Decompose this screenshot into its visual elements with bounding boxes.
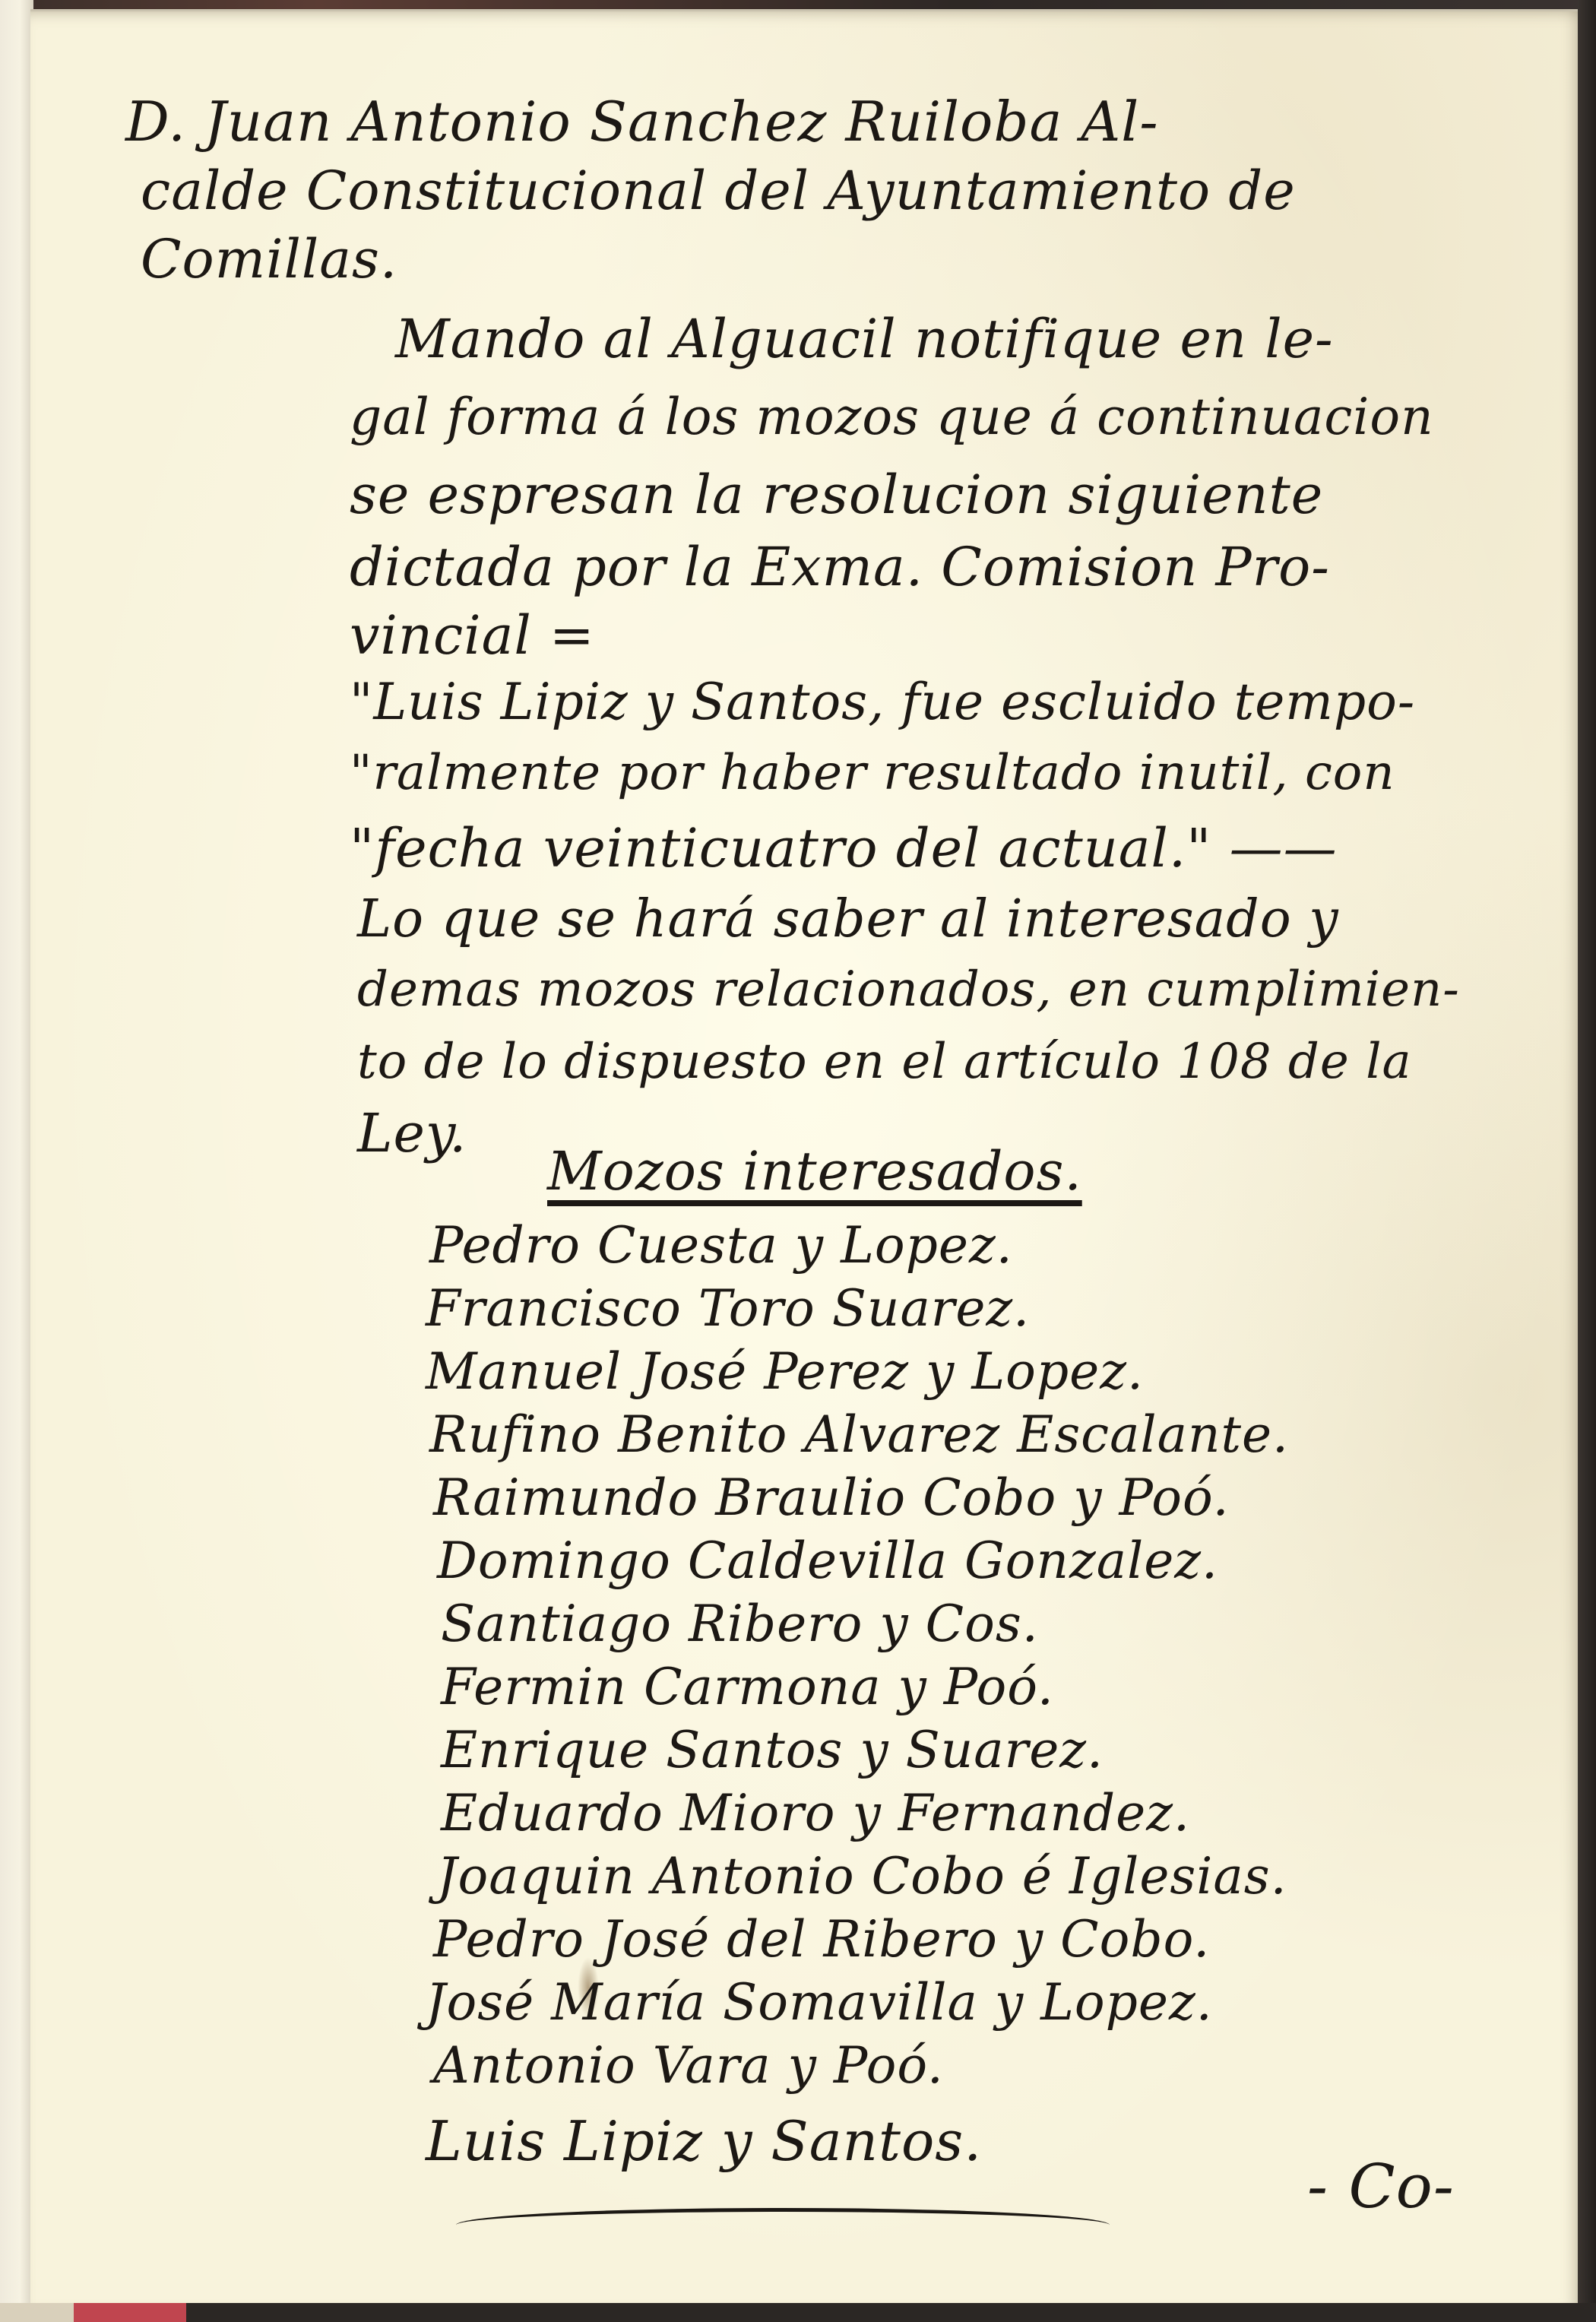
order-line-4: dictada por la Exma. Comision Pro- <box>350 536 1330 598</box>
name-item: Eduardo Mioro y Fernandez. <box>441 1784 1190 1842</box>
closing-line-2: demas mozos relacionados, en cumplimien- <box>357 961 1460 1018</box>
list-heading: Mozos interesados. <box>547 1140 1082 1202</box>
order-line-1: Mando al Alguacil notifique en le- <box>395 308 1334 370</box>
name-item: José María Somavilla y Lopez. <box>426 1973 1213 2032</box>
name-item: Raimundo Braulio Cobo y Poó. <box>433 1468 1230 1527</box>
page-gutter <box>0 0 33 2303</box>
binding-bottom-edge <box>0 2303 1596 2322</box>
resolution-line-1: "Luis Lipiz y Santos, fue escluido tempo… <box>350 673 1415 731</box>
resolution-line-3: "fecha veinticuatro del actual." —— <box>350 817 1338 879</box>
name-item: Joaquin Antonio Cobo é Iglesias. <box>437 1847 1287 1905</box>
order-line-2: gal forma á los mozos que á continuacion <box>350 388 1434 446</box>
name-item: Santiago Ribero y Cos. <box>441 1595 1039 1653</box>
header-line-2: calde Constitucional del Ayuntamiento de <box>141 160 1296 222</box>
catchword: - Co- <box>1307 2151 1455 2222</box>
name-item: Antonio Vara y Poó. <box>433 2036 944 2095</box>
binding-right-edge <box>1578 0 1596 2322</box>
signature-flourish <box>456 2208 1110 2242</box>
name-item: Manuel José Perez y Lopez. <box>426 1342 1144 1401</box>
name-item: Enrique Santos y Suarez. <box>441 1721 1104 1779</box>
red-tab <box>74 2303 186 2322</box>
closing-line-3: to de lo dispuesto en el artículo 108 de… <box>357 1034 1412 1090</box>
header-line-3: Comillas. <box>141 228 397 290</box>
name-item: Francisco Toro Suarez. <box>426 1279 1030 1338</box>
name-item: Rufino Benito Alvarez Escalante. <box>429 1405 1289 1464</box>
closing-line-4: Ley. <box>357 1102 467 1164</box>
order-line-5: vincial = <box>350 604 595 667</box>
bottom-gutter-edge <box>0 2303 74 2322</box>
name-item: Pedro José del Ribero y Cobo. <box>433 1910 1210 1969</box>
name-item: Fermin Carmona y Poó. <box>441 1658 1054 1716</box>
header-line-1: D. Juan Antonio Sanchez Ruiloba Al- <box>125 90 1159 154</box>
name-item: Pedro Cuesta y Lopez. <box>429 1216 1013 1275</box>
name-item: Domingo Caldevilla Gonzalez. <box>437 1532 1218 1590</box>
closing-line-1: Lo que se hará saber al interesado y <box>357 889 1339 949</box>
name-item: Luis Lipiz y Santos. <box>426 2109 982 2173</box>
resolution-line-2: "ralmente por haber resultado inutil, co… <box>350 745 1395 801</box>
order-line-3: se espresan la resolucion siguiente <box>350 464 1323 526</box>
